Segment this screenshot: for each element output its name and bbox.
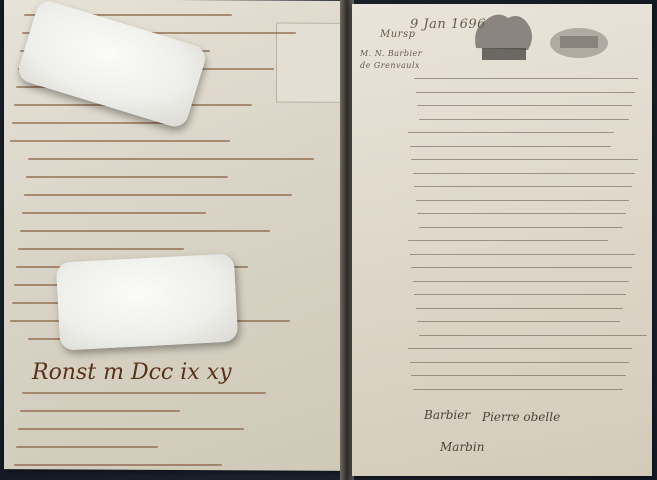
handwriting-line (20, 410, 180, 412)
signature-marbin: Marbin (440, 440, 484, 454)
tax-stamp (548, 26, 610, 60)
handwriting-line (10, 140, 230, 142)
handwriting-line (22, 212, 206, 214)
handwriting-line (419, 227, 624, 228)
handwriting-line (410, 254, 636, 255)
margin-note-name: M. N. Barbier (360, 50, 422, 58)
handwriting-line (410, 146, 612, 147)
signature-barbier: Barbier (424, 408, 470, 422)
handwriting-line (28, 158, 314, 160)
handwriting-line (413, 281, 630, 282)
handwriting-line (12, 122, 166, 124)
handwriting-line (413, 389, 624, 390)
left-page-heading: Ronst m Dcc ix xy (32, 360, 232, 385)
handwriting-line (18, 248, 184, 250)
handwriting-line (419, 335, 648, 336)
handwriting-line (413, 173, 636, 174)
handwriting-line (16, 446, 158, 448)
signature-pierre-obelle: Pierre obelle (482, 410, 560, 424)
handwriting-line (20, 230, 270, 232)
handwriting-line (14, 464, 222, 466)
margin-note: Mursp (380, 30, 416, 40)
handwriting-line (416, 308, 624, 309)
cloth-weight-bottom (56, 253, 238, 350)
handwriting-line (416, 200, 630, 201)
handwriting-line (26, 176, 228, 178)
margin-note-place: de Grenvaulx (360, 62, 420, 70)
handwriting-line (419, 119, 630, 120)
embossed-seal-stamp (468, 8, 538, 64)
handwriting-line (410, 362, 630, 363)
handwriting-line (24, 194, 292, 196)
handwriting-line (416, 92, 636, 93)
paper-tab (276, 23, 344, 103)
handwriting-line (18, 428, 244, 430)
handwriting-line (22, 392, 266, 394)
